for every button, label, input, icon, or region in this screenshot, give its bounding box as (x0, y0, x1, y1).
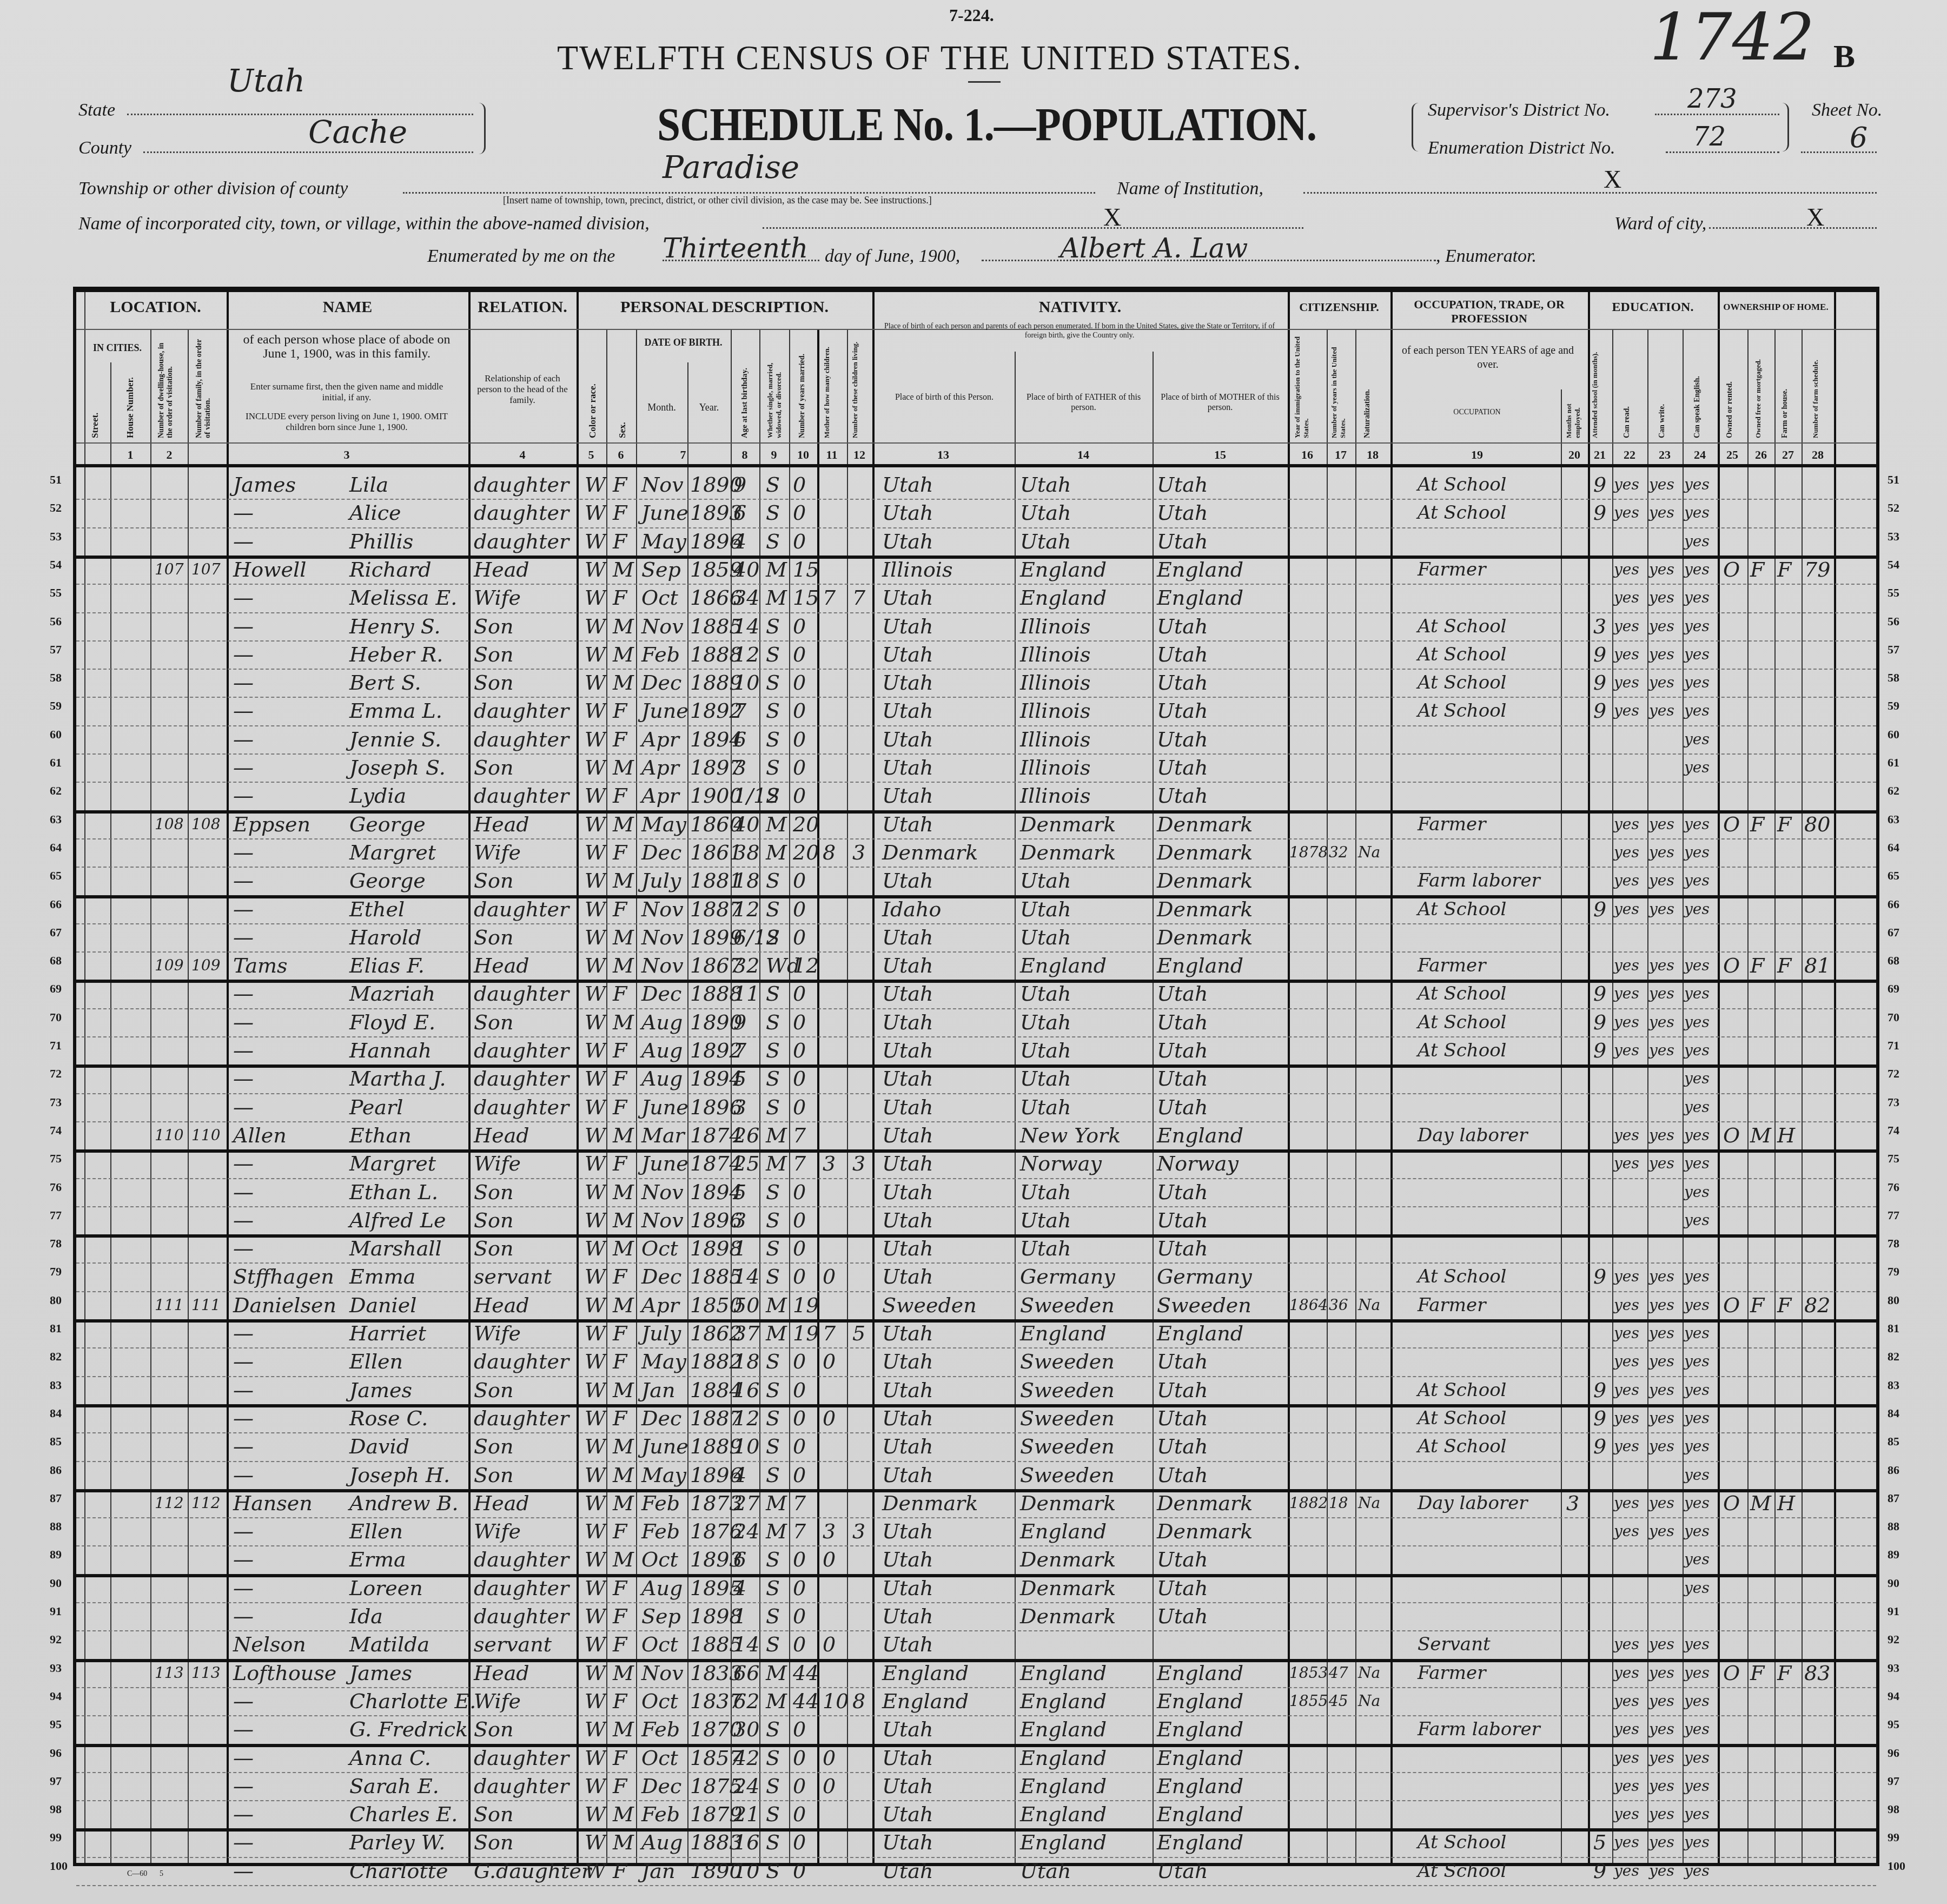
surname-cell: Stffhagen (233, 1262, 334, 1291)
age-cell: 14 (733, 1262, 759, 1291)
table-row: —EtheldaughterWFNov188712S0IdahoUtahDenm… (76, 895, 1876, 923)
marital-status-cell: S (766, 697, 780, 725)
color-cell: W (585, 1319, 606, 1347)
color-cell: W (585, 895, 606, 923)
sheet-label: Sheet No. (1812, 100, 1882, 121)
owned-rented-cell: O (1723, 1659, 1740, 1687)
can-read-cell: yes (1614, 1772, 1639, 1800)
birthplace-mother-cell: Utah (1157, 725, 1208, 753)
birth-month-cell: July (641, 1319, 681, 1347)
age-cell: 14 (733, 612, 759, 640)
can-speak-english-cell: yes (1684, 1630, 1710, 1658)
relation-cell: daughter (474, 1347, 569, 1376)
color-cell: W (585, 1149, 606, 1178)
surname-cell: — (233, 1687, 254, 1715)
occupation-cell: At School (1418, 1857, 1506, 1885)
can-read-cell: yes (1614, 1857, 1639, 1885)
sex-cell: M (613, 923, 634, 951)
enumerated-suffix: day of June, 1900, (825, 246, 960, 267)
birthplace-father-cell: Sweeden (1020, 1432, 1115, 1460)
age-cell: 6 (733, 1545, 746, 1574)
vh-can-read: Can read. (1623, 373, 1632, 438)
immigration-year-cell: 1864 (1289, 1291, 1328, 1319)
marital-status-cell: S (766, 1262, 780, 1291)
color-cell: W (585, 1800, 606, 1828)
school-months-cell: 9 (1593, 980, 1606, 1008)
birthplace-father-cell: Illinois (1020, 753, 1090, 782)
line-number: 68 (1888, 954, 1899, 968)
table-row: 107107HowellRichardHeadWMSep185940M15Ill… (76, 556, 1876, 584)
line-number: 60 (1888, 728, 1899, 742)
line-number: 62 (1888, 784, 1899, 798)
birthplace-mother-cell: Utah (1157, 1432, 1208, 1460)
census-title: TWELFTH CENSUS OF THE UNITED STATES. (557, 38, 1302, 78)
line-number: 83 (1888, 1378, 1899, 1392)
birth-month-cell: Aug (641, 1574, 683, 1602)
surname-cell: — (233, 1234, 254, 1262)
vh-street: Street. (90, 373, 101, 438)
color-cell: W (585, 1772, 606, 1800)
age-cell: 40 (733, 556, 759, 584)
color-cell: W (585, 1234, 606, 1262)
line-number: 93 (1888, 1661, 1899, 1675)
sex-cell: F (613, 1404, 627, 1432)
table-row: —Melissa E.WifeWFOct186634M1577UtahEngla… (76, 584, 1876, 612)
column-number: 25 (1721, 448, 1743, 462)
sex-cell: F (613, 1772, 627, 1800)
line-number: 56 (1888, 614, 1899, 629)
marital-status-cell: M (766, 1489, 787, 1517)
population-table: LOCATION. IN CITIES. NAME of each person… (73, 287, 1879, 1866)
line-number: 56 (50, 614, 62, 629)
marital-status-cell: M (766, 838, 787, 867)
column-number: 4 (512, 448, 533, 462)
sex-cell: M (613, 612, 634, 640)
birthplace-father-cell: Illinois (1020, 782, 1090, 810)
line-number: 72 (50, 1067, 62, 1081)
can-speak-english-cell: yes (1684, 499, 1710, 527)
naturalization-cell: Na (1358, 1659, 1380, 1687)
marital-status-cell: S (766, 640, 780, 669)
table-row: NelsonMatildaservantWFOct188514S00UtahSe… (76, 1630, 1876, 1658)
relation-cell: daughter (474, 1574, 569, 1602)
can-write-cell: yes (1649, 1857, 1674, 1885)
color-cell: W (585, 1178, 606, 1206)
years-married-cell: 0 (793, 499, 806, 527)
column-number: 22 (1619, 448, 1640, 462)
birthplace-father-cell: Sweeden (1020, 1461, 1115, 1489)
years-married-cell: 0 (793, 640, 806, 669)
line-number: 100 (1888, 1859, 1905, 1873)
can-speak-english-cell: yes (1684, 753, 1710, 782)
relation-cell: Son (474, 1178, 513, 1206)
can-read-cell: yes (1614, 1291, 1639, 1319)
line-number: 95 (1888, 1717, 1899, 1731)
marital-status-cell: S (766, 1545, 780, 1574)
vh-marital: Whether single, married, widowed, or div… (766, 335, 787, 438)
can-read-cell: yes (1614, 1489, 1639, 1517)
color-cell: W (585, 951, 606, 980)
given-name-cell: Floyd E. (349, 1008, 435, 1036)
color-cell: W (585, 782, 606, 810)
birthplace-father-cell: England (1020, 1687, 1107, 1715)
school-months-cell: 5 (1593, 1828, 1606, 1856)
can-read-cell: yes (1614, 1008, 1639, 1036)
column-number: 24 (1689, 448, 1711, 462)
can-speak-english-cell: yes (1684, 1036, 1710, 1065)
sex-cell: F (613, 1262, 627, 1291)
years-in-us-cell: 45 (1329, 1687, 1348, 1715)
birthplace-person-cell: Denmark (882, 1489, 978, 1517)
table-row: —HannahdaughterWFAug18927S0UtahUtahUtahA… (76, 1036, 1876, 1065)
given-name-cell: Alice (349, 499, 401, 527)
surname-cell: — (233, 1461, 254, 1489)
birthplace-mother-cell: Germany (1157, 1262, 1252, 1291)
given-name-cell: Harold (349, 923, 421, 951)
age-cell: 5 (733, 1178, 746, 1206)
mother-of-cell: 0 (823, 1630, 836, 1658)
column-number: 14 (1072, 448, 1094, 462)
school-months-cell: 3 (1593, 612, 1606, 640)
table-row: —Charles E.SonWMFeb187921S0UtahEnglandEn… (76, 1800, 1876, 1828)
given-name-cell: Henry S. (349, 612, 441, 640)
owned-free-cell: M (1750, 1121, 1771, 1149)
children-living-cell: 3 (852, 1517, 865, 1545)
county-line (143, 151, 473, 153)
surname-cell: — (233, 1517, 254, 1545)
birth-month-cell: May (641, 1347, 686, 1376)
birthplace-person-cell: Utah (882, 1828, 933, 1856)
birthplace-mother-cell: Utah (1157, 1206, 1208, 1234)
can-write-cell: yes (1649, 1630, 1674, 1658)
age-cell: 3 (733, 1093, 746, 1121)
can-write-cell: yes (1649, 867, 1674, 895)
can-read-cell: yes (1614, 1376, 1639, 1404)
color-cell: W (585, 923, 606, 951)
years-married-cell: 0 (793, 923, 806, 951)
table-row: —G. FredrickSonWMFeb187030S0UtahEnglandE… (76, 1715, 1876, 1743)
line-number: 94 (50, 1689, 62, 1703)
relation-cell: Wife (474, 1517, 521, 1545)
birth-month-cell: Feb (641, 1517, 680, 1545)
surname-cell: — (233, 584, 254, 612)
can-speak-english-cell: yes (1684, 1065, 1710, 1093)
owned-free-cell: M (1750, 1489, 1771, 1517)
given-name-cell: Martha J. (349, 1065, 446, 1093)
city-line (763, 227, 1303, 229)
line-number: 92 (1888, 1632, 1899, 1647)
table-row: 112112HansenAndrew B.HeadWMFeb187327M7De… (76, 1489, 1876, 1517)
month-header: Month. (636, 400, 687, 414)
farm-house-cell: H (1777, 1121, 1795, 1149)
children-living-cell: 7 (852, 584, 865, 612)
can-speak-english-cell: yes (1684, 867, 1710, 895)
birth-father-header: Place of birth of FATHER of this person. (1017, 392, 1150, 413)
given-name-cell: Daniel (349, 1291, 416, 1319)
age-cell: 10 (733, 1432, 759, 1460)
sex-cell: F (613, 499, 627, 527)
birth-month-cell: Nov (641, 1659, 684, 1687)
birthplace-father-cell: Norway (1020, 1149, 1102, 1178)
marital-status-cell: S (766, 471, 780, 499)
sex-cell: M (613, 1432, 634, 1460)
years-married-cell: 0 (793, 697, 806, 725)
line-number: 87 (1888, 1491, 1899, 1505)
table-row: —Charlotte E.WifeWFOct183762M44108Englan… (76, 1687, 1876, 1715)
birthplace-father-cell: England (1020, 584, 1107, 612)
years-in-us-cell: 36 (1329, 1291, 1348, 1319)
vh-years-married: Number of years married. (798, 335, 807, 438)
birthplace-person-cell: Utah (882, 753, 933, 782)
given-name-cell: Alfred Le (349, 1206, 446, 1234)
owned-rented-cell: O (1723, 556, 1740, 584)
can-speak-english-cell: yes (1684, 1206, 1710, 1234)
sex-cell: F (613, 697, 627, 725)
can-write-cell: yes (1649, 1291, 1674, 1319)
line-number: 71 (1888, 1039, 1899, 1053)
line-number: 88 (50, 1519, 62, 1533)
can-speak-english-cell: yes (1684, 584, 1710, 612)
relation-cell: Son (474, 1461, 513, 1489)
birthplace-person-cell: England (882, 1659, 969, 1687)
birthplace-mother-cell: England (1157, 1687, 1243, 1715)
color-cell: W (585, 1206, 606, 1234)
given-name-cell: Loreen (349, 1574, 423, 1602)
birthplace-mother-cell: England (1157, 1772, 1243, 1800)
relation-cell: daughter (474, 1065, 569, 1093)
vh-house: House Number. (125, 373, 136, 438)
marital-status-cell: S (766, 782, 780, 810)
birthplace-mother-cell: Sweeden (1157, 1291, 1251, 1319)
birthplace-mother-cell: Denmark (1157, 838, 1253, 867)
age-cell: 16 (733, 1376, 759, 1404)
relation-cell: Son (474, 753, 513, 782)
given-name-cell: Andrew B. (349, 1489, 459, 1517)
birthplace-father-cell: Sweeden (1020, 1291, 1115, 1319)
vh-sex: Sex. (617, 406, 628, 438)
relation-cell: Son (474, 1008, 513, 1036)
line-number: 57 (1888, 643, 1899, 657)
line-number: 59 (50, 699, 62, 713)
immigration-year-cell: 1878 (1289, 838, 1328, 867)
birthplace-person-cell: Utah (882, 1602, 933, 1630)
birth-month-cell: Apr (641, 1291, 679, 1319)
color-cell: W (585, 669, 606, 697)
can-speak-english-cell: yes (1684, 1121, 1710, 1149)
relation-cell: Son (474, 1376, 513, 1404)
owned-rented-cell: O (1723, 810, 1740, 838)
birthplace-mother-cell: Utah (1157, 1008, 1208, 1036)
surname-cell: Allen (233, 1121, 287, 1149)
occupation-cell: At School (1418, 1828, 1506, 1856)
birth-month-cell: Apr (641, 753, 679, 782)
vh-owned-free: Owned free or mortgaged. (1754, 330, 1763, 438)
birthplace-father-cell: Denmark (1020, 1489, 1116, 1517)
birthplace-father-cell: Utah (1020, 1036, 1071, 1065)
birth-month-cell: Feb (641, 1489, 680, 1517)
years-married-cell: 0 (793, 980, 806, 1008)
schedule-title: SCHEDULE No. 1.—POPULATION. (657, 97, 1316, 151)
can-speak-english-cell: yes (1684, 1262, 1710, 1291)
can-speak-english-cell: yes (1684, 612, 1710, 640)
can-speak-english-cell: yes (1684, 527, 1710, 556)
age-cell: 18 (733, 1347, 759, 1376)
mother-of-cell: 7 (823, 1319, 836, 1347)
birth-month-cell: Dec (641, 980, 681, 1008)
can-speak-english-cell: yes (1684, 1347, 1710, 1376)
birthplace-person-cell: Utah (882, 923, 933, 951)
birthplace-person-cell: Utah (882, 1206, 933, 1234)
line-number: 93 (50, 1661, 62, 1675)
years-married-cell: 0 (793, 1376, 806, 1404)
school-months-cell: 9 (1593, 895, 1606, 923)
marital-status-cell: S (766, 867, 780, 895)
enumeration-value: 72 (1693, 122, 1726, 152)
can-write-cell: yes (1649, 1772, 1674, 1800)
given-name-cell: Ida (349, 1602, 383, 1630)
occupation-cell: Day laborer (1418, 1489, 1528, 1517)
row-divider (76, 1885, 1876, 1886)
can-read-cell: yes (1614, 810, 1639, 838)
line-number: 80 (50, 1293, 62, 1307)
can-speak-english-cell: yes (1684, 640, 1710, 669)
age-cell: 9 (733, 1008, 746, 1036)
sex-cell: M (613, 1376, 634, 1404)
farm-house-cell: H (1777, 1489, 1795, 1517)
marital-status-cell: S (766, 1744, 780, 1772)
given-name-cell: Elias F. (349, 951, 425, 980)
can-speak-english-cell: yes (1684, 1659, 1710, 1687)
given-name-cell: Rose C. (349, 1404, 428, 1432)
birthplace-father-cell: England (1020, 1715, 1107, 1743)
age-cell: 62 (733, 1687, 759, 1715)
line-number: 72 (1888, 1067, 1899, 1081)
birthplace-father-cell: Denmark (1020, 1574, 1116, 1602)
family-number-cell: 110 (191, 1121, 220, 1149)
can-read-cell: yes (1614, 1659, 1639, 1687)
birth-month-cell: May (641, 810, 686, 838)
years-married-cell: 0 (793, 1093, 806, 1121)
can-speak-english-cell: yes (1684, 1828, 1710, 1856)
sex-cell: F (613, 782, 627, 810)
marital-status-cell: S (766, 1857, 780, 1885)
line-number: 83 (50, 1378, 62, 1392)
sex-cell: F (613, 1687, 627, 1715)
color-cell: W (585, 1461, 606, 1489)
relation-cell: Wife (474, 584, 521, 612)
can-read-cell: yes (1614, 1404, 1639, 1432)
birth-mother-header: Place of birth of MOTHER of this person. (1155, 392, 1285, 413)
marital-status-cell: S (766, 1630, 780, 1658)
marital-status-cell: S (766, 1772, 780, 1800)
given-name-cell: Ethel (349, 895, 405, 923)
line-number: 54 (50, 558, 62, 572)
years-married-cell: 0 (793, 1545, 806, 1574)
birth-month-cell: Nov (641, 1178, 684, 1206)
brace-left (1412, 103, 1419, 151)
birth-month-cell: Dec (641, 838, 681, 867)
years-married-cell: 0 (793, 725, 806, 753)
school-months-cell: 9 (1593, 471, 1606, 499)
age-cell: 66 (733, 1659, 759, 1687)
can-write-cell: yes (1649, 499, 1674, 527)
can-speak-english-cell: yes (1684, 1149, 1710, 1178)
sex-cell: F (613, 1517, 627, 1545)
can-write-cell: yes (1649, 1489, 1674, 1517)
dwelling-number-cell: 110 (155, 1121, 183, 1149)
birthplace-father-cell: Utah (1020, 1857, 1071, 1885)
header-bottom-thick (76, 464, 1876, 467)
occupation-cell: Servant (1418, 1630, 1491, 1658)
birth-month-cell: Aug (641, 1036, 683, 1065)
color-cell: W (585, 1008, 606, 1036)
surname-cell: — (233, 1149, 254, 1178)
group-name: NAME (227, 300, 468, 314)
can-read-cell: yes (1614, 1687, 1639, 1715)
years-married-cell: 0 (793, 782, 806, 810)
birth-month-cell: Oct (641, 1687, 678, 1715)
occupation-cell: At School (1418, 1262, 1506, 1291)
table-row: —Bert S.SonWMDec188910S0UtahIllinoisUtah… (76, 669, 1876, 697)
township-line (403, 192, 1095, 194)
relation-cell: daughter (474, 697, 569, 725)
school-months-cell: 9 (1593, 697, 1606, 725)
years-in-us-cell: 18 (1329, 1489, 1348, 1517)
can-write-cell: yes (1649, 1828, 1674, 1856)
can-speak-english-cell: yes (1684, 1744, 1710, 1772)
county-label: County (78, 138, 131, 158)
marital-status-cell: M (766, 1687, 787, 1715)
birth-month-cell: Oct (641, 1630, 678, 1658)
age-cell: 4 (733, 1461, 746, 1489)
color-cell: W (585, 612, 606, 640)
column-number: 18 (1362, 448, 1383, 462)
years-married-cell: 0 (793, 753, 806, 782)
immigration-year-cell: 1853 (1289, 1659, 1328, 1687)
birthplace-person-cell: Utah (882, 1234, 933, 1262)
relation-cell: Wife (474, 838, 521, 867)
can-write-cell: yes (1649, 1347, 1674, 1376)
surname-cell: — (233, 895, 254, 923)
can-read-cell: yes (1614, 1036, 1639, 1065)
relation-cell: Head (474, 951, 529, 980)
relation-cell: daughter (474, 499, 569, 527)
can-write-cell: yes (1649, 895, 1674, 923)
birthplace-mother-cell: Denmark (1157, 923, 1253, 951)
occupation-cell: At School (1418, 669, 1506, 697)
line-number: 59 (1888, 699, 1899, 713)
relation-description: Relationship of each person to the head … (474, 373, 571, 406)
age-cell: 30 (733, 1715, 759, 1743)
marital-status-cell: S (766, 1234, 780, 1262)
occupation-cell: At School (1418, 980, 1506, 1008)
years-married-cell: 20 (793, 838, 819, 867)
birth-month-cell: Dec (641, 1262, 681, 1291)
birthplace-mother-cell: Utah (1157, 980, 1208, 1008)
can-read-cell: yes (1614, 867, 1639, 895)
surname-cell: — (233, 1347, 254, 1376)
table-row: —HarrietWifeWFJuly186237M1975UtahEngland… (76, 1319, 1876, 1347)
sex-cell: M (613, 1659, 634, 1687)
birthplace-person-cell: Utah (882, 1461, 933, 1489)
birthplace-father-cell: Utah (1020, 1093, 1071, 1121)
state-label: State (78, 100, 115, 121)
owned-rented-cell: O (1723, 1489, 1740, 1517)
line-number: 62 (50, 784, 62, 798)
farm-schedule-cell: 80 (1804, 810, 1830, 838)
sex-cell: F (613, 725, 627, 753)
line-number: 78 (50, 1237, 62, 1251)
